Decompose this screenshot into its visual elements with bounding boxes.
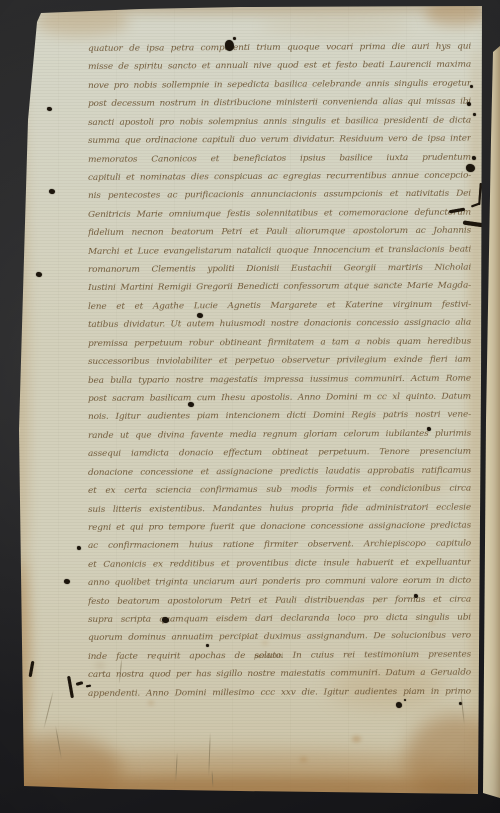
manuscript-line: anno quolibet triginta unciarum auri pon… [88, 574, 471, 591]
ink-spot [188, 402, 194, 407]
ink-spot [470, 85, 473, 88]
paper-crease [212, 770, 214, 788]
age-stain [34, 6, 129, 36]
interlinear-addition: pendenti [254, 653, 283, 661]
age-stain [300, 757, 307, 762]
age-stain [260, 18, 410, 34]
ink-spot [233, 37, 236, 40]
age-stain [352, 736, 361, 742]
ink-spot [206, 644, 209, 647]
manuscript-line: nois. Igitur audientes piam intencionem … [88, 409, 471, 426]
manuscript-line: suis litteris existentibus. Mandantes hu… [88, 501, 471, 518]
manuscript-line: assequi iamdicta donacio effectum obtine… [88, 445, 471, 462]
paper-crease [208, 732, 211, 777]
ink-spot [225, 40, 234, 51]
photograph-background: quatuor de ipsa petra competenti trium q… [0, 0, 500, 813]
manuscript-line: romanorum Clementis ypoliti Dionisii Eus… [88, 261, 471, 278]
manuscript-line: sancti apostoli pro nobis solempnius ann… [88, 114, 471, 131]
manuscript-line: post decessum nostrum in distribucione m… [88, 95, 471, 112]
paper-crease [55, 725, 62, 760]
age-stain [0, 735, 122, 805]
ink-spot [197, 313, 203, 318]
ink-spot [77, 546, 81, 550]
manuscript-line: regni et qui pro tempore fuerit que dona… [88, 519, 471, 536]
manuscript-line: fidelium necnon beatorum Petri et Pauli … [88, 224, 471, 241]
manuscript-line: et ex certa sciencia confirmamus sub mod… [88, 482, 471, 499]
manuscript-line: nis pentecostes ac purificacionis annunc… [88, 187, 471, 204]
ink-spot [64, 579, 70, 584]
ink-spot [466, 164, 475, 172]
ink-stroke [29, 661, 35, 677]
manuscript-line: summa que ordinacione capituli duo verum… [88, 132, 471, 149]
manuscript-line: tatibus dividatur. Ut autem huiusmodi no… [88, 316, 471, 333]
ink-spot [427, 427, 431, 431]
age-stain [0, 752, 500, 807]
manuscript-line: successoribus inviolabiliter et perpetuo… [88, 353, 471, 370]
ink-spot [47, 107, 52, 111]
ink-spot [414, 594, 418, 598]
manuscript-line: bea bulla typario nostre magestatis impr… [88, 372, 471, 389]
paper-crease [43, 690, 54, 729]
ink-spot [404, 699, 406, 701]
age-stain [0, 776, 500, 802]
ink-spot [49, 189, 55, 194]
manuscript-line: quatuor de ipsa petra competenti trium q… [88, 40, 471, 57]
age-stain [425, 0, 487, 26]
age-stain [148, 701, 154, 705]
ink-spot [396, 702, 402, 708]
manuscript-line: post sacram basilicam cum Ihesu apostoli… [88, 390, 471, 407]
manuscript-line: lene et et Agathe Lucie Agnetis Margaret… [88, 298, 471, 315]
ink-stroke [76, 681, 84, 686]
manuscript-line: ac confirmacionem huius ratione firmiter… [88, 537, 471, 554]
manuscript-page: quatuor de ipsa petra competenti trium q… [0, 0, 500, 813]
ink-spot [472, 156, 476, 160]
age-stain [13, 80, 29, 770]
ink-stroke [67, 676, 74, 698]
manuscript-line: et Canonicis ex redditibus et proventibu… [88, 556, 471, 573]
manuscript-line: memoratos Canonicos et beneficiatos ipsi… [88, 151, 471, 168]
manuscript-line: premissa perpetuum robur obtineant firmi… [88, 335, 471, 352]
paper-crease [175, 752, 178, 782]
manuscript-line: misse de spiritu sancto et annuali nive … [88, 59, 471, 76]
manuscript-line: supra scripta quamquam eisdem dari decla… [88, 611, 471, 628]
age-stain [36, 3, 486, 14]
manuscript-line: Marchi et Luce evangelistarum natalicii … [88, 243, 471, 260]
ink-spot [473, 113, 476, 116]
manuscript-line: capituli et nominatas dies conspicuas ac… [88, 169, 471, 186]
ink-spot [467, 102, 471, 106]
ink-spot [36, 272, 42, 277]
manuscript-line: nove pro nobis sollempnie in sepedicta b… [88, 77, 471, 94]
manuscript-line: donacione concessione et assignacione pr… [88, 464, 471, 481]
ink-spot [162, 617, 169, 623]
manuscript-line: Iustini Martini Remigii Gregorii Benedic… [88, 280, 471, 297]
manuscript-line: quorum dominus annuatim percipiat duximu… [88, 630, 471, 647]
manuscript-line: carta nostra quod per has sigillo nostre… [88, 666, 471, 683]
manuscript-line: appendenti. Anno Domini millesimo ccc xx… [88, 685, 471, 702]
manuscript-line: rande ut que divina favente media regnum… [88, 427, 471, 444]
manuscript-line: Genitricis Marie omniumque festis solenn… [88, 206, 471, 223]
